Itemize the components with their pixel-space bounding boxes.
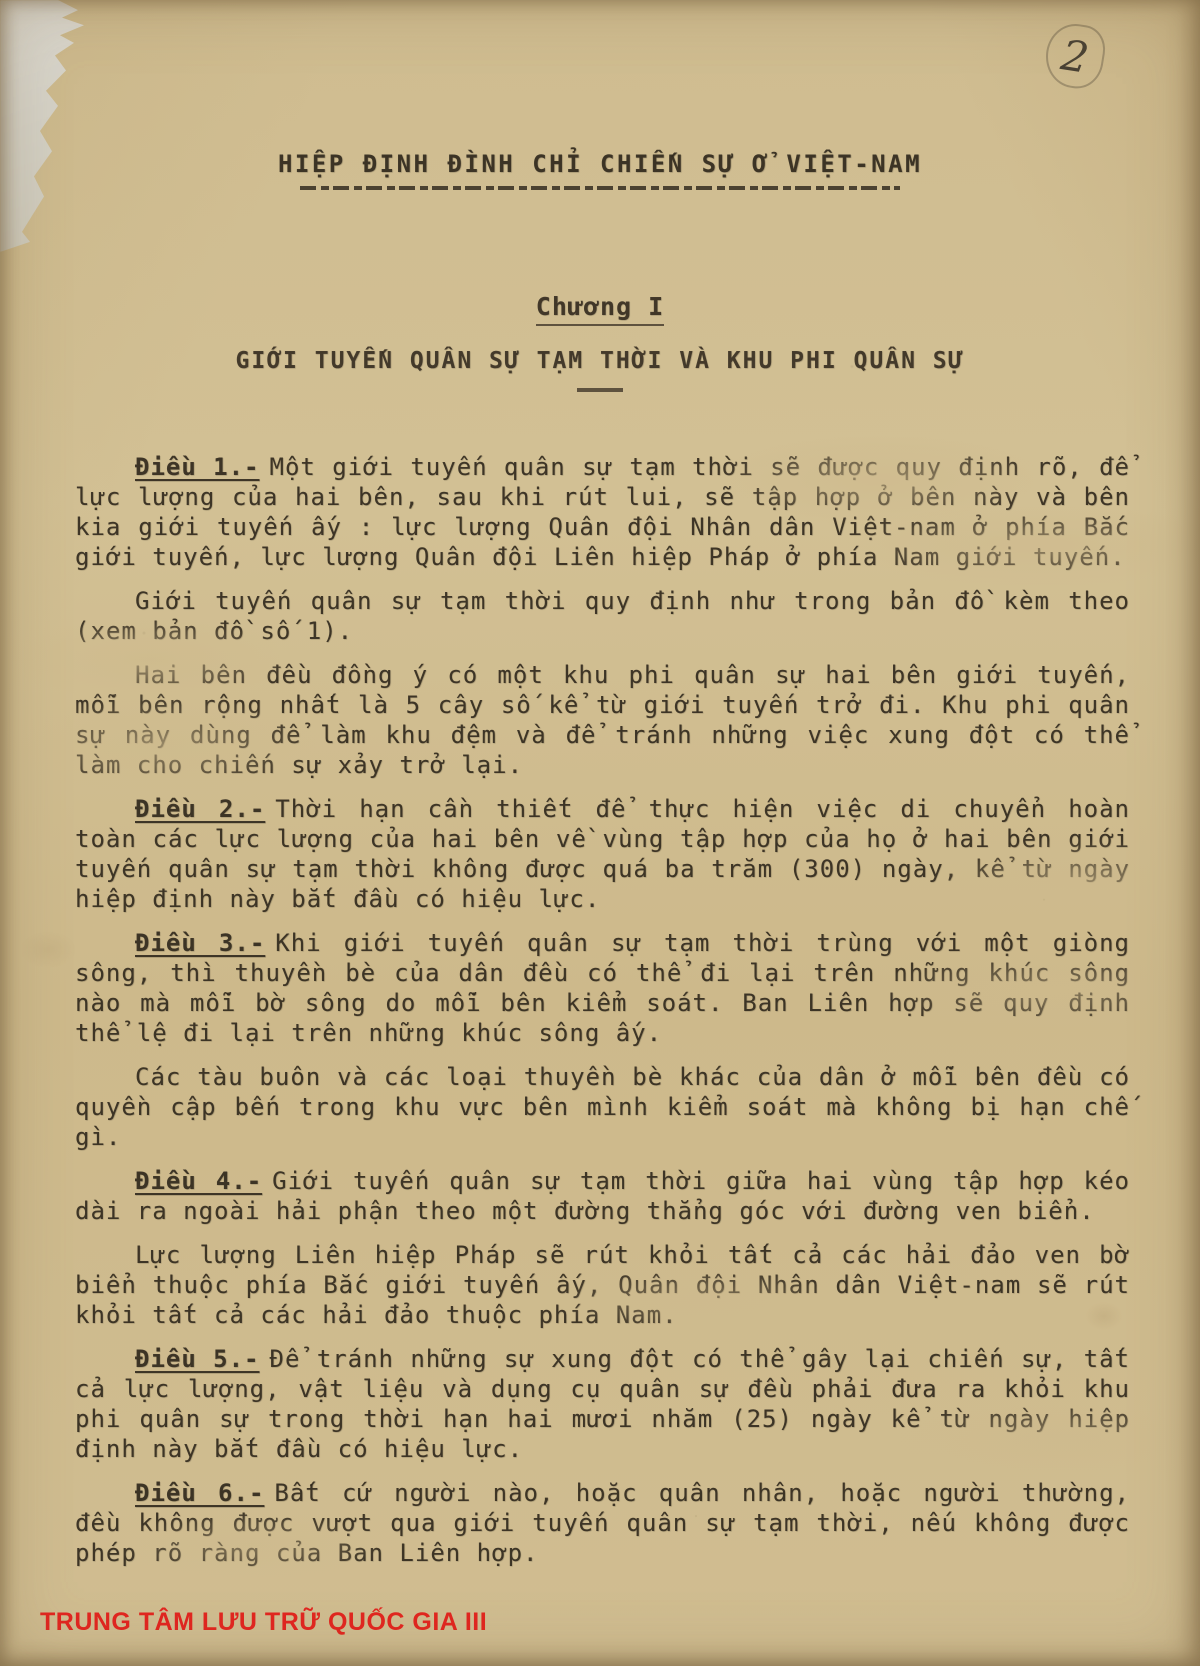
article-label: Điều 6.-: [135, 1479, 264, 1507]
page-number-value: 2: [1058, 30, 1092, 83]
document-title: HIỆP ĐỊNH ĐÌNH CHỈ CHIẾN SỰ Ở VIỆT-NAM: [278, 150, 922, 178]
document-header: HIỆP ĐỊNH ĐÌNH CHỈ CHIẾN SỰ Ở VIỆT-NAM: [0, 150, 1200, 190]
article-label: Điều 5.-: [135, 1345, 260, 1373]
article-label: Điều 4.-: [135, 1167, 262, 1195]
chapter-heading: Chương I: [536, 292, 664, 326]
article-paragraph: Điều 4.-Giới tuyến quân sự tạm thời giữa…: [75, 1166, 1130, 1226]
article-label: Điều 1.-: [135, 453, 260, 481]
article-text: Lực lượng Liên hiệp Pháp sẽ rút khỏi tất…: [75, 1241, 1130, 1329]
torn-paper-corner: [0, 0, 100, 252]
chapter-subtitle: GIỚI TUYẾN QUÂN SỰ TẠM THỜI VÀ KHU PHI Q…: [0, 348, 1200, 374]
chapter-header: Chương I GIỚI TUYẾN QUÂN SỰ TẠM THỜI VÀ …: [0, 292, 1200, 392]
archive-watermark: TRUNG TÂM LƯU TRỮ QUỐC GIA III: [40, 1608, 487, 1637]
chapter-underline-rule: [577, 388, 623, 392]
article-text: Hai bên đều đồng ý có một khu phi quân s…: [75, 661, 1130, 779]
article-paragraph: Điều 3.-Khi giới tuyến quân sự tạm thời …: [75, 928, 1130, 1048]
handwritten-page-number: 2: [1041, 20, 1108, 92]
article-text: Các tàu buôn và các loại thuyền bè khác …: [75, 1063, 1130, 1151]
article-paragraph: Điều 5.-Để tránh những sự xung đột có th…: [75, 1344, 1130, 1464]
article-text: Giới tuyến quân sự tạm thời quy định như…: [75, 587, 1130, 645]
article-paragraph: Giới tuyến quân sự tạm thời quy định như…: [75, 586, 1130, 646]
article-paragraph: Các tàu buôn và các loại thuyền bè khác …: [75, 1062, 1130, 1152]
article-paragraph: Điều 6.-Bất cứ người nào, hoặc quân nhân…: [75, 1478, 1130, 1568]
title-underline-rule: [300, 186, 900, 190]
article-paragraph: Lực lượng Liên hiệp Pháp sẽ rút khỏi tất…: [75, 1240, 1130, 1330]
article-paragraph: Điều 1.-Một giới tuyến quân sự tạm thời …: [75, 452, 1130, 572]
article-label: Điều 3.-: [135, 929, 265, 957]
article-label: Điều 2.-: [135, 795, 265, 823]
document-body: Điều 1.-Một giới tuyến quân sự tạm thời …: [75, 452, 1130, 1582]
article-paragraph: Hai bên đều đồng ý có một khu phi quân s…: [75, 660, 1130, 780]
article-paragraph: Điều 2.-Thời hạn cần thiết để thực hiện …: [75, 794, 1130, 914]
